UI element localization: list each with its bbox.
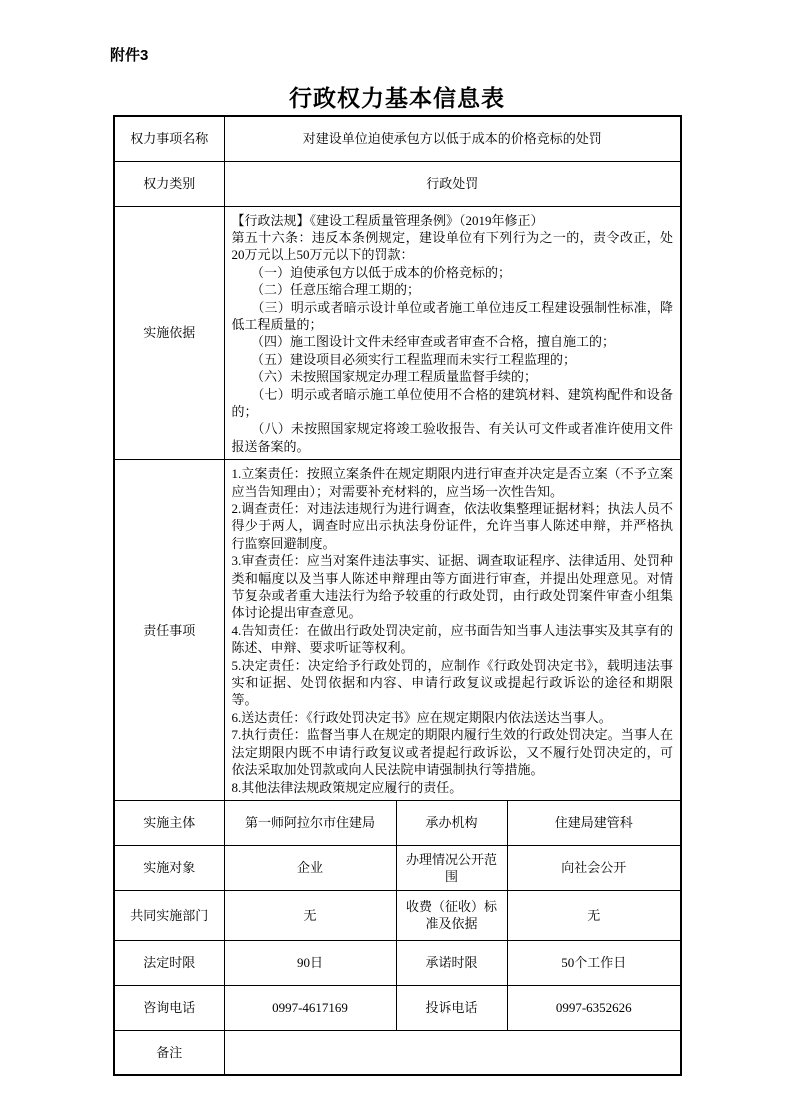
legal-time-limit-value: 90日 bbox=[224, 940, 396, 985]
implementer-label: 实施主体 bbox=[114, 800, 224, 845]
complaint-phone-label: 投诉电话 bbox=[396, 985, 507, 1030]
power-type-label: 权力类别 bbox=[114, 161, 224, 206]
disclosure-scope-value: 向社会公开 bbox=[507, 845, 681, 890]
text-line: （三）明示或者暗示设计单位或者施工单位违反工程建设强制性标准，降低工程质量的； bbox=[232, 299, 674, 334]
handling-org-label: 承办机构 bbox=[396, 800, 507, 845]
item-name-label: 权力事项名称 bbox=[114, 116, 224, 161]
text-line: 【行政法规】《建设工程质量管理条例》（2019年修正） bbox=[232, 212, 674, 229]
text-line: 7.执行责任：监督当事人在规定的期限内履行生效的行政处罚决定。当事人在法定期限内… bbox=[232, 726, 674, 778]
table-row: 实施依据 【行政法规】《建设工程质量管理条例》（2019年修正）第五十六条：违反… bbox=[114, 206, 681, 460]
power-type-value: 行政处罚 bbox=[224, 161, 681, 206]
handling-org-value: 住建局建管科 bbox=[507, 800, 681, 845]
text-line: 8.其他法律法规政策规定应履行的责任。 bbox=[232, 779, 674, 796]
text-line: （一）迫使承包方以低于成本的价格竞标的； bbox=[232, 264, 674, 281]
implementer-value: 第一师阿拉尔市住建局 bbox=[224, 800, 396, 845]
text-line: 4.告知责任：在做出行政处罚决定前，应书面告知当事人违法事实及其享有的陈述、申辩… bbox=[232, 622, 674, 657]
table-row: 实施主体 第一师阿拉尔市住建局 承办机构 住建局建管科 bbox=[114, 800, 681, 845]
text-line: （七）明示或者暗示施工单位使用不合格的建筑材料、建筑构配件和设备的； bbox=[232, 386, 674, 421]
text-line: 2.调查责任：对违法违规行为进行调查，依法收集整理证据材料；执法人员不得少于两人… bbox=[232, 500, 674, 552]
table-row: 备注 bbox=[114, 1030, 681, 1075]
table-row: 法定时限 90日 承诺时限 50个工作日 bbox=[114, 940, 681, 985]
legal-basis-text: 【行政法规】《建设工程质量管理条例》（2019年修正）第五十六条：违反本条例规定… bbox=[224, 206, 681, 460]
table-row: 共同实施部门 无 收费（征收）标准及依据 无 bbox=[114, 890, 681, 940]
text-line: （四）施工图设计文件未经审查或者审查不合格，擅自施工的； bbox=[232, 333, 674, 350]
responsibilities-text: 1.立案责任：按照立案条件在规定期限内进行审查并决定是否立案（不予立案应当告知理… bbox=[224, 460, 681, 801]
promised-time-limit-value: 50个工作日 bbox=[507, 940, 681, 985]
remark-label: 备注 bbox=[114, 1030, 224, 1075]
legal-time-limit-label: 法定时限 bbox=[114, 940, 224, 985]
target-label: 实施对象 bbox=[114, 845, 224, 890]
text-line: 3.审查责任：应当对案件违法事实、证据、调查取证程序、法律适用、处罚种类和幅度以… bbox=[232, 552, 674, 622]
text-line: 5.决定责任：决定给予行政处罚的，应制作《行政处罚决定书》，载明违法事实和证据、… bbox=[232, 657, 674, 709]
attachment-label: 附件3 bbox=[110, 44, 148, 65]
remark-value bbox=[224, 1030, 681, 1075]
promised-time-limit-label: 承诺时限 bbox=[396, 940, 507, 985]
joint-dept-label: 共同实施部门 bbox=[114, 890, 224, 940]
fee-standard-value: 无 bbox=[507, 890, 681, 940]
table-row: 实施对象 企业 办理情况公开范围 向社会公开 bbox=[114, 845, 681, 890]
info-table: 权力事项名称 对建设单位迫使承包方以低于成本的价格竞标的处罚 权力类别 行政处罚… bbox=[113, 115, 682, 1076]
legal-basis-label: 实施依据 bbox=[114, 206, 224, 460]
document-page: 附件3 行政权力基本信息表 权力事项名称 对建设单位迫使承包方以低于成本的价格竞… bbox=[0, 0, 794, 1108]
text-line: （八）未按照国家规定将竣工验收报告、有关认可文件或者准许使用文件报送备案的。 bbox=[232, 420, 674, 455]
joint-dept-value: 无 bbox=[224, 890, 396, 940]
table-row: 权力类别 行政处罚 bbox=[114, 161, 681, 206]
inquiry-phone-value: 0997-4617169 bbox=[224, 985, 396, 1030]
text-line: （六）未按照国家规定办理工程质量监督手续的； bbox=[232, 368, 674, 385]
table-row: 咨询电话 0997-4617169 投诉电话 0997-6352626 bbox=[114, 985, 681, 1030]
responsibilities-label: 责任事项 bbox=[114, 460, 224, 801]
table-row: 责任事项 1.立案责任：按照立案条件在规定期限内进行审查并决定是否立案（不予立案… bbox=[114, 460, 681, 801]
page-title: 行政权力基本信息表 bbox=[0, 80, 794, 113]
text-line: 1.立案责任：按照立案条件在规定期限内进行审查并决定是否立案（不予立案应当告知理… bbox=[232, 465, 674, 500]
text-line: 第五十六条：违反本条例规定，建设单位有下列行为之一的，责令改正，处20万元以上5… bbox=[232, 229, 674, 264]
complaint-phone-value: 0997-6352626 bbox=[507, 985, 681, 1030]
target-value: 企业 bbox=[224, 845, 396, 890]
item-name-value: 对建设单位迫使承包方以低于成本的价格竞标的处罚 bbox=[224, 116, 681, 161]
disclosure-scope-label: 办理情况公开范围 bbox=[396, 845, 507, 890]
inquiry-phone-label: 咨询电话 bbox=[114, 985, 224, 1030]
text-line: （二）任意压缩合理工期的； bbox=[232, 281, 674, 298]
text-line: （五）建设项目必须实行工程监理而未实行工程监理的； bbox=[232, 351, 674, 368]
text-line: 6.送达责任：《行政处罚决定书》应在规定期限内依法送达当事人。 bbox=[232, 709, 674, 726]
fee-standard-label: 收费（征收）标准及依据 bbox=[396, 890, 507, 940]
table-row: 权力事项名称 对建设单位迫使承包方以低于成本的价格竞标的处罚 bbox=[114, 116, 681, 161]
